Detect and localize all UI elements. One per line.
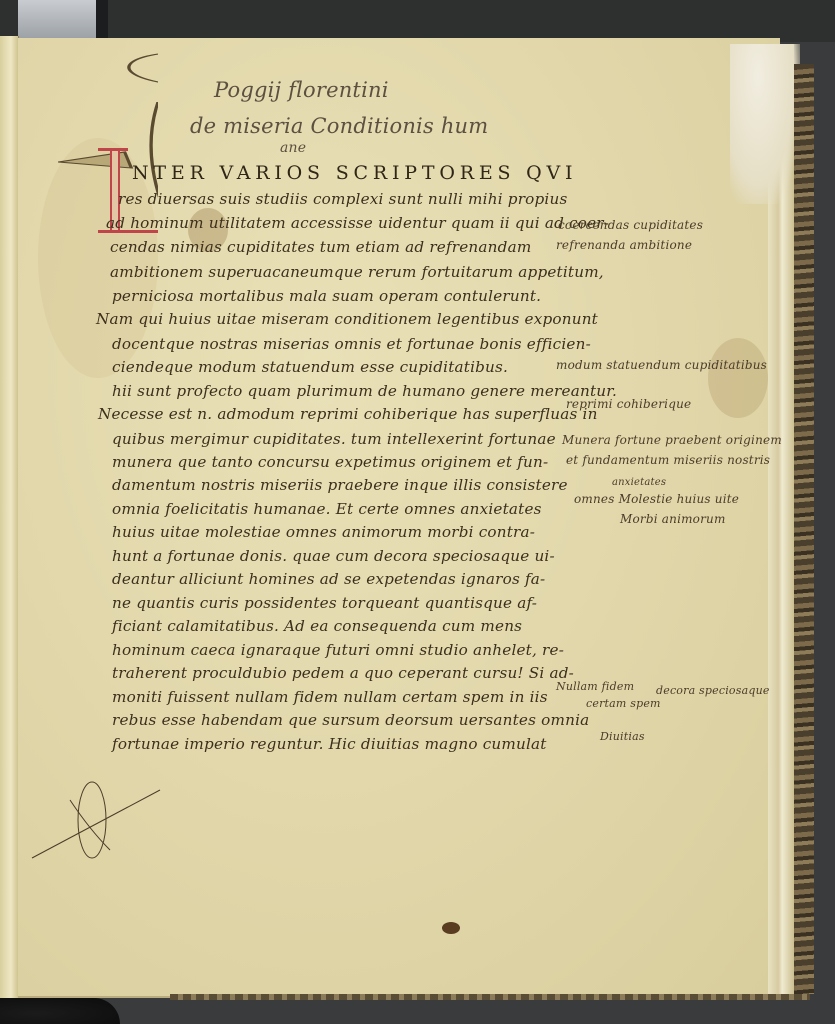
water-stain — [708, 338, 768, 418]
margin-note: et fundamentum miseriis nostris — [566, 453, 770, 467]
heading-author: Poggij florentini — [214, 78, 389, 102]
text-line: rebus esse habendam que sursum deorsum u… — [112, 711, 589, 729]
glass-plate-edge — [96, 0, 108, 38]
scanner-background — [0, 0, 835, 42]
text-line: cendas nimias cupiditates tum etiam ad r… — [110, 238, 531, 256]
heading-title: de miseria Conditionis hum — [190, 114, 488, 138]
text-line: hii sunt profecto quam plurimum de human… — [112, 382, 617, 400]
text-line: deantur alliciunt homines ad se expetend… — [112, 570, 545, 588]
text-line: ficiant calamitatibus. Ad ea consequenda… — [112, 617, 522, 635]
text-line: ad hominum utilitatem accessisse uidentu… — [106, 214, 609, 232]
text-line: docentque nostras miserias omnis et fort… — [112, 335, 591, 353]
margin-note: Diuitias — [600, 730, 645, 743]
margin-note: coercendas cupiditates — [558, 218, 703, 232]
text-line: omnia foelicitatis humanae. Et certe omn… — [112, 500, 542, 518]
text-line: hunt a fortunae donis. quae cum decora s… — [112, 547, 555, 565]
margin-note: Nullam fidem — [556, 680, 634, 693]
text-line: moniti fuissent nullam fidem nullam cert… — [112, 688, 548, 706]
text-line: hominum caeca ignaraque futuri omni stud… — [112, 641, 564, 659]
text-line: ciendeque modum statuendum esse cupidita… — [112, 358, 508, 376]
black-cloth — [0, 998, 120, 1024]
margin-note: modum statuendum cupiditatibus — [556, 358, 767, 372]
text-line: Necesse est n. admodum reprimi cohiberiq… — [98, 405, 598, 423]
margin-note: Munera fortune praebent originem — [562, 433, 782, 447]
text-line: munera que tanto concursu expetimus orig… — [112, 453, 548, 471]
text-line: quibus mergimur cupiditates. tum intelle… — [112, 430, 556, 448]
margin-note: certam spem — [586, 697, 661, 710]
facing-page-edge — [0, 36, 19, 998]
ink-blot — [442, 922, 460, 934]
binding-bottom-edge — [170, 994, 810, 1000]
marbled-binding — [794, 64, 814, 994]
margin-note: decora speciosaque — [656, 684, 770, 697]
text-line: ne quantis curis possidentes torqueant q… — [112, 594, 537, 612]
text-line: traherent proculdubio pedem a quo cepera… — [112, 664, 574, 682]
text-line: res diuersas suis studiis complexi sunt … — [118, 190, 567, 208]
text-line: huius uitae molestiae omnes animorum mor… — [112, 523, 535, 541]
text-line: fortunae imperio reguntur. Hic diuitias … — [112, 735, 547, 753]
incipit-capitals: NTER VARIOS SCRIPTORES QVI — [132, 162, 577, 184]
text-line: ambitionem superuacaneumque rerum fortui… — [110, 263, 604, 281]
margin-note: anxietates — [612, 477, 666, 488]
margin-note: Morbi animorum — [620, 512, 726, 526]
margin-note: omnes Molestie huius uite — [574, 492, 739, 506]
pen-flourish — [30, 770, 210, 870]
margin-note: reprimi cohiberique — [566, 397, 691, 411]
heading-title-cont: ane — [280, 140, 306, 156]
text-line: damentum nostris miseriis praebere inque… — [112, 476, 568, 494]
text-line: perniciosa mortalibus mala suam operam c… — [112, 287, 541, 305]
margin-note: refrenanda ambitione — [556, 238, 692, 252]
glass-plate — [18, 0, 96, 38]
worn-page-corner — [730, 44, 800, 204]
text-line: Nam qui huius uitae miseram conditionem … — [96, 310, 598, 328]
